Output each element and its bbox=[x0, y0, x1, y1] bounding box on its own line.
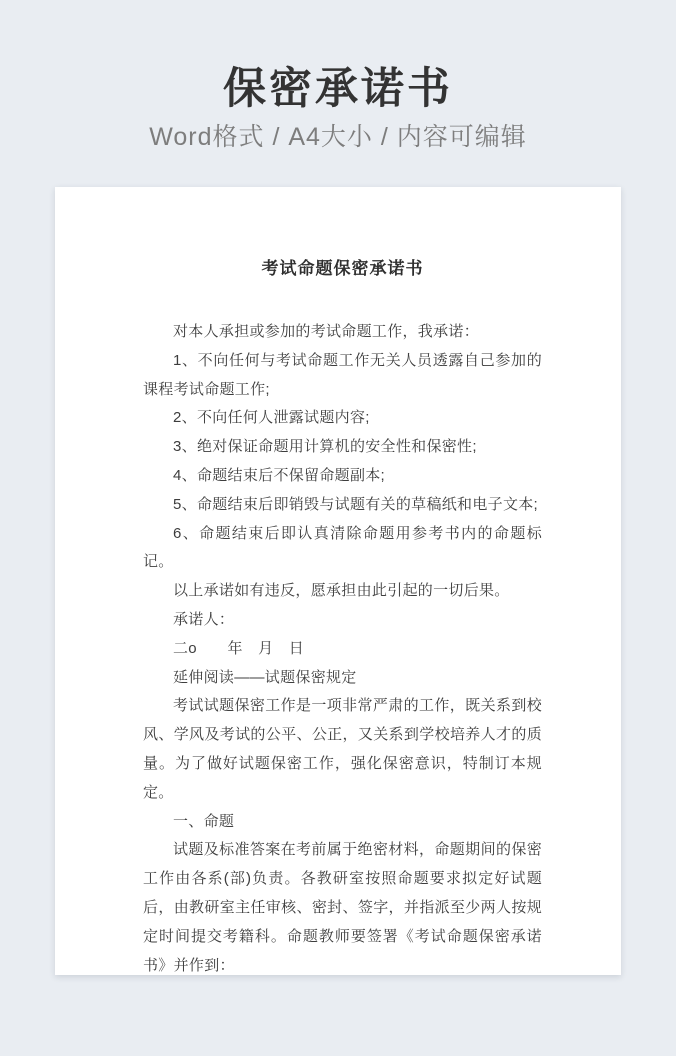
document-paragraph: 二o 年 月 日 bbox=[143, 635, 542, 664]
document-paragraph: 延伸阅读——试题保密规定 bbox=[143, 664, 542, 693]
document-paragraph: 4、命题结束后不保留命题副本; bbox=[143, 462, 542, 491]
document-paragraph: 考试试题保密工作是一项非常严肃的工作，既关系到校风、学风及考试的公平、公正，又关… bbox=[143, 692, 542, 807]
page-subtitle: Word格式 / A4大小 / 内容可编辑 bbox=[0, 121, 676, 153]
page-title: 保密承诺书 bbox=[0, 64, 676, 114]
document-paragraph: 1、不向任何与考试命题工作无关人员透露自己参加的课程考试命题工作; bbox=[143, 347, 542, 405]
document-paragraph: 3、绝对保证命题用计算机的安全性和保密性; bbox=[143, 433, 542, 462]
document-body: 对本人承担或参加的考试命题工作，我承诺：1、不向任何与考试命题工作无关人员透露自… bbox=[143, 318, 542, 980]
document-page: 考试命题保密承诺书 对本人承担或参加的考试命题工作，我承诺：1、不向任何与考试命… bbox=[55, 187, 621, 975]
document-paragraph: 5、命题结束后即销毁与试题有关的草稿纸和电子文本; bbox=[143, 491, 542, 520]
document-paragraph: 6、命题结束后即认真清除命题用参考书内的命题标记。 bbox=[143, 520, 542, 578]
template-preview-page: { "theme": { "background_color": "#e9edf… bbox=[0, 0, 676, 1056]
document-paragraph: 一、命题 bbox=[143, 808, 542, 837]
document-paragraph: 2、不向任何人泄露试题内容; bbox=[143, 404, 542, 433]
document-paragraph: 试题及标准答案在考前属于绝密材料，命题期间的保密工作由各系(部)负责。各教研室按… bbox=[143, 836, 542, 980]
document-paragraph: 以上承诺如有违反，愿承担由此引起的一切后果。 bbox=[143, 577, 542, 606]
document-title: 考试命题保密承诺书 bbox=[143, 257, 542, 281]
document-paragraph: 对本人承担或参加的考试命题工作，我承诺： bbox=[143, 318, 542, 347]
document-paragraph: 承诺人： bbox=[143, 606, 542, 635]
